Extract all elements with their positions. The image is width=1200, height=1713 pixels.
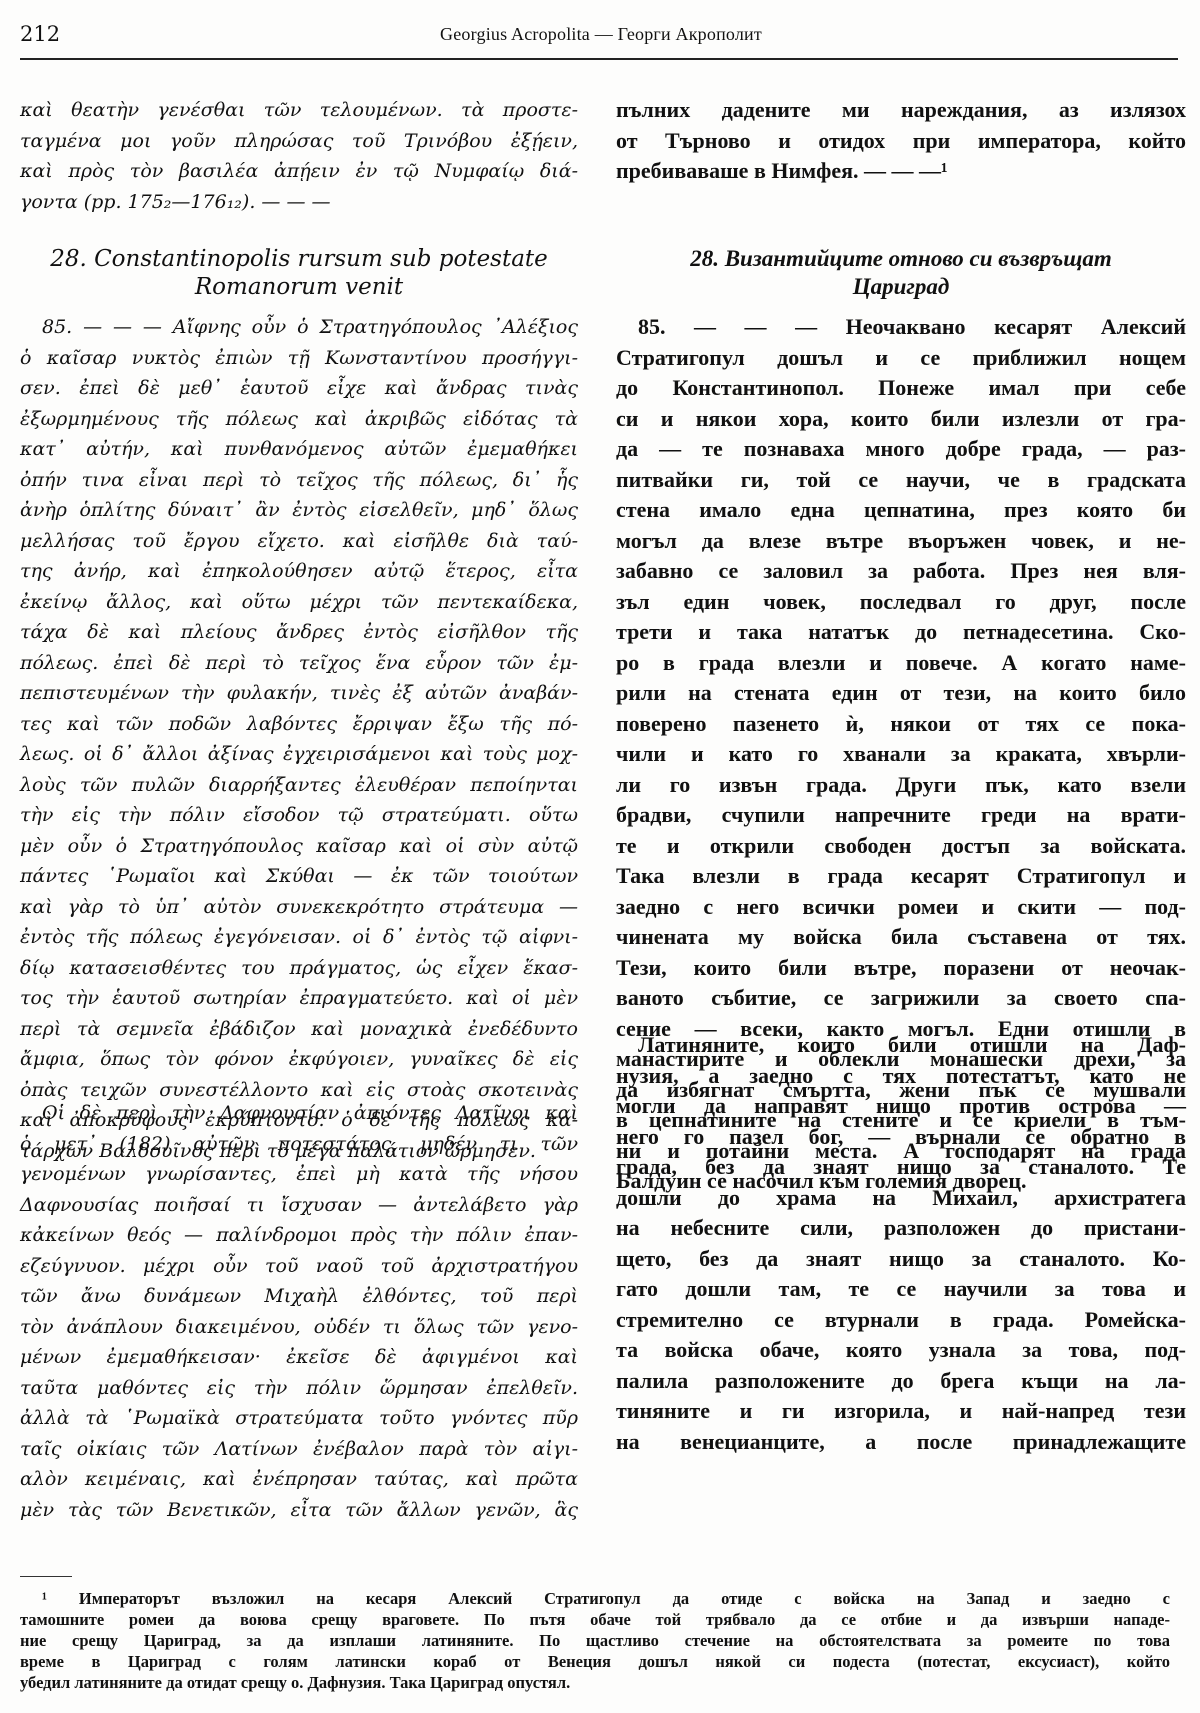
text-line: си и някои хора, които били излезли от г…	[616, 404, 1186, 435]
text-line: поверено пазенето ѝ, някои от тях се пок…	[616, 709, 1186, 740]
text-line: Δαφνουσίας ποιῆσαί τι ἴσχυσαν — ἀντελάβε…	[20, 1190, 578, 1221]
text-line: тамошните ромеи да воюва срещу враговете…	[20, 1609, 1170, 1630]
text-line: ἐκείνῳ ἄλλος, καὶ οὕτω μέχρι τῶν πεντεκα…	[20, 587, 578, 618]
text-line: питвайки ги, той се научи, че в градскат…	[616, 465, 1186, 496]
text-line: заедно с него всички ромеи и скити — под…	[616, 892, 1186, 923]
text-line: трети и така нататък до петнадесетина. С…	[616, 617, 1186, 648]
section-title-line-1: 28. Византийците отново си възвръщат	[616, 245, 1186, 273]
text-line: Тези, които били вътре, поразени от неоч…	[616, 953, 1186, 984]
text-line: ταγμένα μοι γοῦν πληρώσας τοῦ Τρινόβου ἐ…	[20, 126, 578, 157]
text-line: πεπιστευμένων τὴν φυλακήν, τινὲς ἐξ αὐτῶ…	[20, 678, 578, 709]
text-line: време в Цариград с голям латински кораб …	[20, 1651, 1170, 1672]
text-line: σεν. ἐπεὶ δὲ μεθ᾿ ἑαυτοῦ εἶχε καὶ ἄνδρας…	[20, 373, 578, 404]
text-line: Стратигопул дошъл и се приближил нощем	[616, 343, 1186, 374]
text-line: καὶ θεατὴν γενέσθαι τῶν τελουμένων. τὰ π…	[20, 95, 578, 126]
text-line: Латиняните, които били отишли на Даф-	[616, 1030, 1186, 1061]
text-line: ¹ Императорът възложил на кесаря Алексий…	[20, 1588, 1170, 1609]
footnote: ¹ Императорът възложил на кесаря Алексий…	[20, 1588, 1170, 1693]
text-line: палила разположените до брега къщи на ла…	[616, 1366, 1186, 1397]
bulgarian-intro: пълних дадените ми нареждания, аз излязо…	[616, 95, 1186, 187]
text-line: τάχα δὲ καὶ πλείους ἄνδρες ἐντὸς εἰσῆλθο…	[20, 617, 578, 648]
text-line: μὲν τὰς τῶν Βενετικῶν, εἶτα τῶν ἄλλων γε…	[20, 1495, 578, 1526]
text-line: ὀπήν τινα εἶναι περὶ τὸ τεῖχος τῆς πόλεω…	[20, 465, 578, 496]
text-line: 85. — — — Αἴφνης οὖν ὁ Στρατηγόπουλος ᾿Α…	[20, 312, 578, 343]
text-line: γοντα (pp. 175₂—176₁₂). — — —	[20, 187, 578, 218]
text-line: рили на стената един от тези, на които б…	[616, 678, 1186, 709]
text-line: брадви, счупили напречните греди на врат…	[616, 800, 1186, 831]
text-line: могли да направят нищо против острова —	[616, 1091, 1186, 1122]
section-title-line-2: Romanorum venit	[20, 273, 578, 301]
text-line: πόλεως. ἐπεὶ δὲ περὶ τὸ τεῖχος ἕνα εὗρον…	[20, 648, 578, 679]
text-line: ἀνὴρ ὁπλίτης δύναιτ᾿ ἂν ἐντὸς εἰσελθεῖν,…	[20, 495, 578, 526]
text-line: до Константинопол. Понеже имал при себе	[616, 373, 1186, 404]
text-line: ταῦτα μαθόντες εἰς τὴν πόλιν ὥρμησαν ἐπε…	[20, 1373, 578, 1404]
text-line: на венецианците, а после принадлежащите	[616, 1427, 1186, 1458]
text-line: ὁ καῖσαρ νυκτὸς ἐπιὼν τῇ Κωνσταντίνου πρ…	[20, 343, 578, 374]
footnote-rule	[20, 1576, 72, 1577]
text-line: забавно се заловил за работа. През нея в…	[616, 556, 1186, 587]
text-line: τὴν εἰς τὴν πόλιν εἴσοδον τῷ στρατεύματι…	[20, 800, 578, 831]
text-line: καὶ γὰρ τὸ ὑπ᾿ αὐτὸν συνεκεκρότητο στράτ…	[20, 892, 578, 923]
text-line: да — те познаваха много добре града, — р…	[616, 434, 1186, 465]
text-line: λεως. οἱ δ᾿ ἄλλοι ἀξίνας ἐγχειρισάμενοι …	[20, 739, 578, 770]
text-line: стремително се втурнали в града. Ромейск…	[616, 1305, 1186, 1336]
text-line: тиняните и ги изгорила, и най-напред тез…	[616, 1396, 1186, 1427]
text-line: της ἀνήρ, καὶ ἐπηκολούθησεν αὐτῷ ἕτερος,…	[20, 556, 578, 587]
text-line: δίῳ κατασεισθέντες του πράγματος, ὡς εἶχ…	[20, 953, 578, 984]
text-line: на небесните сили, разположен до пристан…	[616, 1213, 1186, 1244]
text-line: μελλήσας τοῦ ἔργου εἴχετο. καὶ εἰσῆλθε δ…	[20, 526, 578, 557]
text-line: περὶ τὰ σεμνεῖα ἐβάδιζον καὶ μοναχικὰ ἐν…	[20, 1014, 578, 1045]
text-line: пълних дадените ми нареждания, аз излязо…	[616, 95, 1186, 126]
book-page: 212 Georgius Acropolita — Георги Акропол…	[0, 0, 1200, 1713]
text-line: καὶ πρὸς τὸν βασιλέα ἀπῄειν ἐν τῷ Νυμφαί…	[20, 156, 578, 187]
text-line: μένων ἐμεμαθήκεισαν· ἐκεῖσε δὲ ἀφιγμένοι…	[20, 1342, 578, 1373]
text-line: ли го извън града. Други пък, като взели	[616, 770, 1186, 801]
text-line: Οἱ δὲ περὶ τὴν Δαφνουσίαν ἀπιόντες Λατῖν…	[20, 1098, 578, 1129]
text-line: ἐξωρμημένους τῆς πόλεως καὶ ἀκριβῶς εἰδό…	[20, 404, 578, 435]
text-line: ние срещу Цариград, за да изплаши латиня…	[20, 1630, 1170, 1651]
text-line: κατ᾿ αὐτήν, καὶ πυνθανόμενος αὐτῶν ἐμεμα…	[20, 434, 578, 465]
text-line: чинената му войска била съставена от тях…	[616, 922, 1186, 953]
text-line: ро в града влезли и повече. А когато нам…	[616, 648, 1186, 679]
text-line: 85. — — — Неочаквано кесарят Алексий	[616, 312, 1186, 343]
text-line: τὸν ἀνάπλουν διακειμένου, οὐδέν τι ὅλως …	[20, 1312, 578, 1343]
text-line: ἐντὸς τῆς πόλεως ἐγεγόνεισαν. οἱ δ᾿ ἐντὸ…	[20, 922, 578, 953]
greek-paragraph-85: 85. — — — Αἴφνης οὖν ὁ Στρατηγόπουλος ᾿Α…	[20, 312, 578, 1166]
text-line: града, без да знаят нищо за станалото. Т…	[616, 1152, 1186, 1183]
text-line: нузия, а заедно с тях потестатът, като н…	[616, 1061, 1186, 1092]
text-line: ἀλλὰ τὰ ῾Ρωμαϊκὰ στρατεύματα τοῦτο γνόντ…	[20, 1403, 578, 1434]
bulgarian-paragraph-daphnusia: Латиняните, които били отишли на Даф-нуз…	[616, 1030, 1186, 1457]
text-line: дошли до храма на Михаил, архистратега	[616, 1183, 1186, 1214]
section-title-line-2: Цариград	[616, 273, 1186, 301]
text-line: λοὺς τῶν πυλῶν διαρρήξαντες ἐλευθέραν πε…	[20, 770, 578, 801]
text-line: τος τὴν ἑαυτοῦ σωτηρίαν ἐπραγματεύετο. κ…	[20, 983, 578, 1014]
greek-intro: καὶ θεατὴν γενέσθαι τῶν τελουμένων. τὰ π…	[20, 95, 578, 217]
text-line: та войска обаче, която узнала за това, п…	[616, 1335, 1186, 1366]
text-line: чили и като го хванали за краката, хвърл…	[616, 739, 1186, 770]
text-line: зъл един човек, последвал го друг, после	[616, 587, 1186, 618]
bulgarian-section-title: 28. Византийците отново си възвръщат Цар…	[616, 245, 1186, 301]
text-line: ταῖς οἰκίαις τῶν Λατίνων ἐνέβαλον παρὰ τ…	[20, 1434, 578, 1465]
text-line: ваното събитие, се загрижили за своето с…	[616, 983, 1186, 1014]
page-header: 212 Georgius Acropolita — Георги Акропол…	[20, 18, 1182, 58]
text-line: τῶν ἄνω δυνάμεων Μιχαὴλ ἐλθόντες, τοῦ πε…	[20, 1281, 578, 1312]
text-line: εζεύγνυον. μέχρι οὖν τοῦ ναοῦ τοῦ ἀρχιστ…	[20, 1251, 578, 1282]
text-line: αλὸν κειμέναις, καὶ ἐνέπρησαν ταύτας, κα…	[20, 1464, 578, 1495]
greek-section-title: 28. Constantinopolis rursum sub potestat…	[20, 245, 578, 301]
text-line: ἄμφια, ὅπως τὸν φόνον ἐκφύγοιεν, γυναῖκε…	[20, 1044, 578, 1075]
text-line: μὲν οὖν ὁ Στρατηγόπουλος καῖσαρ καὶ οἱ σ…	[20, 831, 578, 862]
text-line: ὁ μετ᾿ (182) αὐτῶν ποτεστάτος, μηδέν τι …	[20, 1129, 578, 1160]
section-title-line-1: 28. Constantinopolis rursum sub potestat…	[20, 245, 578, 273]
text-line: щето, без да знаят нищо за станалото. Ко…	[616, 1244, 1186, 1275]
header-rule	[20, 58, 1178, 60]
text-line: те и открили свободен достъп за войската…	[616, 831, 1186, 862]
text-line: убедил латиняните да отидат срещу о. Даф…	[20, 1672, 1170, 1693]
greek-paragraph-daphnusia: Οἱ δὲ περὶ τὴν Δαφνουσίαν ἀπιόντες Λατῖν…	[20, 1098, 578, 1525]
text-line: него го пазел бог, — върнали се обратно …	[616, 1122, 1186, 1153]
text-line: пребиваваше в Нимфея. — — —¹	[616, 156, 1186, 187]
text-line: гато дошли там, те се научили за това и	[616, 1274, 1186, 1305]
text-line: от Търново и отидох при императора, койт…	[616, 126, 1186, 157]
text-line: πάντες ῾Ρωμαῖοι καὶ Σκύθαι — ἐκ τῶν τοιο…	[20, 861, 578, 892]
text-line: могъл да влезе вътре въоръжен човек, и н…	[616, 526, 1186, 557]
text-line: τες καὶ τῶν ποδῶν λαβόντες ἔρριψαν ἔξω τ…	[20, 709, 578, 740]
text-line: κἀκείνων θεός — παλίνδρομοι πρὸς τὴν πόλ…	[20, 1220, 578, 1251]
text-line: стена имало една цепнатина, през която б…	[616, 495, 1186, 526]
running-title: Georgius Acropolita — Георги Акрополит	[20, 24, 1182, 45]
text-line: γενομένων γνωρίσαντες, ἐπεὶ μὴ κατὰ τῆς …	[20, 1159, 578, 1190]
text-line: Така влезли в града кесарят Стратигопул …	[616, 861, 1186, 892]
